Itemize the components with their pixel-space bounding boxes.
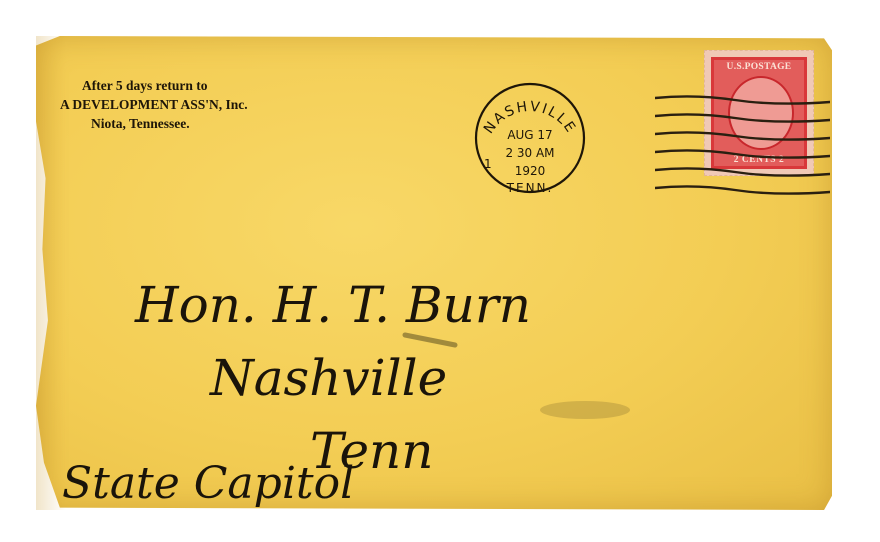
handwritten-address: Hon. H. T. Burn Nashville Tenn State Cap… [0, 0, 880, 542]
addressee-name: Hon. H. T. Burn [134, 276, 531, 334]
addressee-building: State Capitol [62, 458, 354, 509]
addressee-city: Nashville [209, 349, 447, 407]
ink-smudge [540, 401, 630, 419]
ink-mark [405, 335, 455, 345]
